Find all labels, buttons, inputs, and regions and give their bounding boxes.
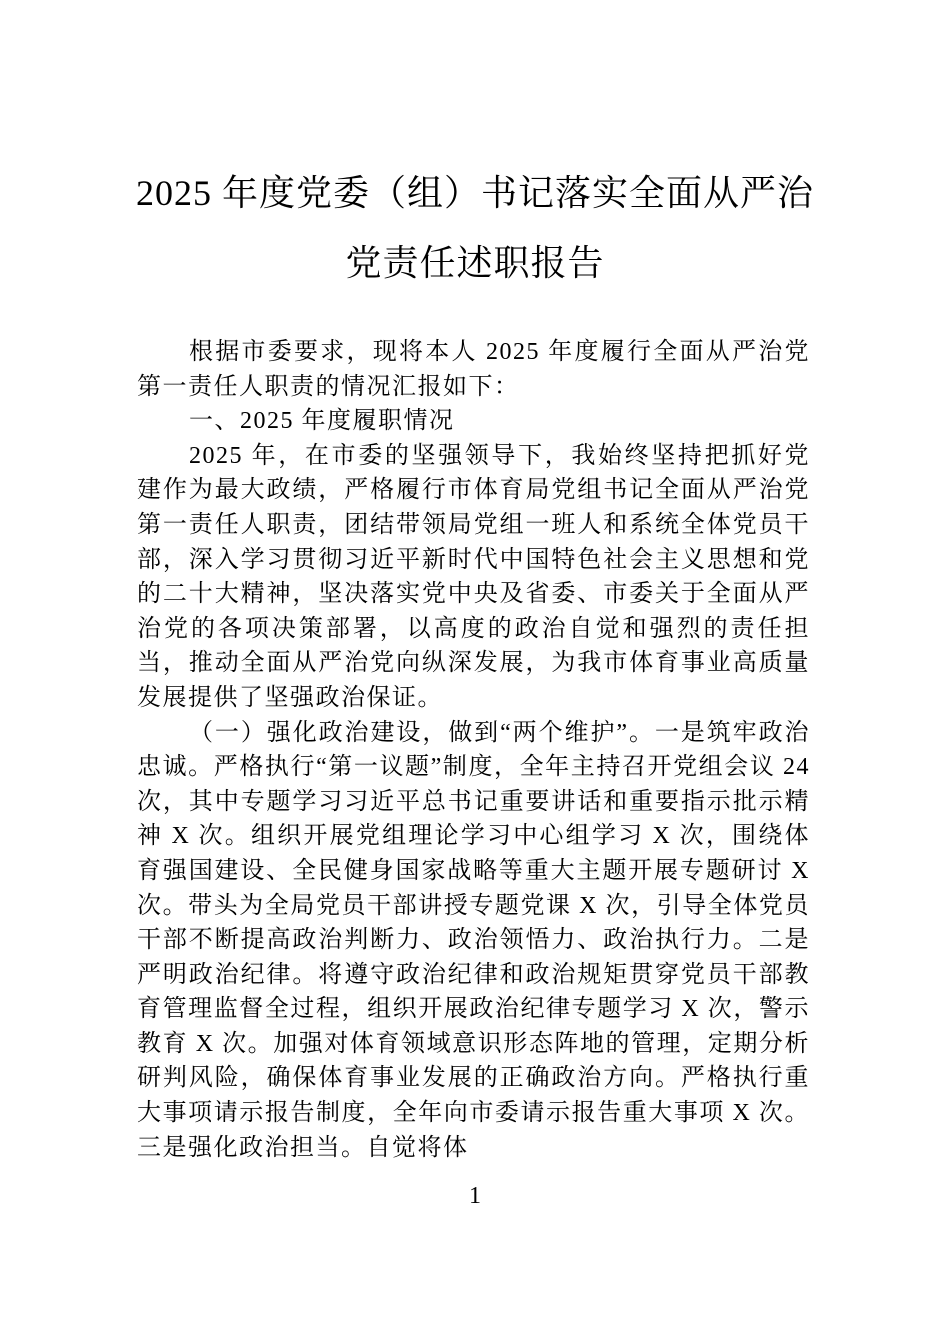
section-1-overview-paragraph: 2025 年，在市委的坚强领导下，我始终坚持把抓好党建作为最大政绩，严格履行市体…	[137, 439, 810, 716]
page-number: 1	[0, 1183, 950, 1210]
document-page: 2025 年度党委（组）书记落实全面从严治 党责任述职报告 根据市委要求，现将本…	[0, 0, 950, 1344]
document-body: 根据市委要求，现将本人 2025 年度履行全面从严治党第一责任人职责的情况汇报如…	[137, 335, 810, 1165]
document-title: 2025 年度党委（组）书记落实全面从严治 党责任述职报告	[0, 0, 950, 298]
subsection-1-1-paragraph: （一）强化政治建设，做到“两个维护”。一是筑牢政治忠诚。严格执行“第一议题”制度…	[137, 716, 810, 1166]
intro-paragraph: 根据市委要求，现将本人 2025 年度履行全面从严治党第一责任人职责的情况汇报如…	[137, 335, 810, 404]
section-1-heading: 一、2025 年度履职情况	[137, 404, 810, 439]
document-title-line-1: 2025 年度党委（组）书记落实全面从严治	[0, 158, 950, 228]
document-title-line-2: 党责任述职报告	[0, 228, 950, 298]
